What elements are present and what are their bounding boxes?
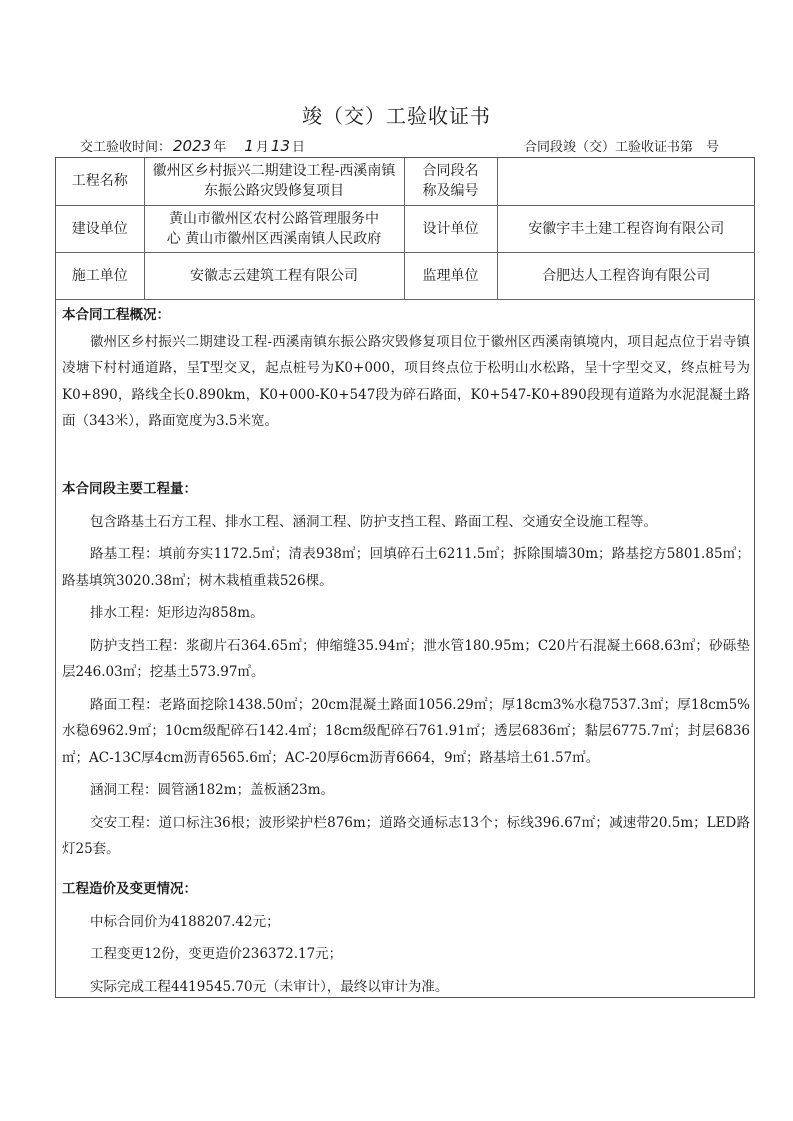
table-row: 施工单位 安徽志云建筑工程有限公司 监理单位 合肥达人工程咨询有限公司 (56, 252, 755, 299)
cost-item: 中标合同价为4188207.42元； (62, 909, 750, 936)
table-row: 建设单位 黄山市徽州区农村公路管理服务中心 黄山市徽州区西溪南镇人民政府 设计单… (56, 205, 755, 252)
quantity-item: 包含路基土石方工程、排水工程、涵洞工程、防护支挡工程、路面工程、交通安全设施工程… (62, 509, 750, 536)
value-project-name: 徽州区乡村振兴二期建设工程-西溪南镇东振公路灾毁修复项目 (144, 158, 404, 205)
label-supervisor: 监理单位 (404, 252, 497, 299)
cost-item: 工程变更12份，变更造价236372.17元； (62, 941, 750, 968)
quantities-heading: 本合同段主要工程量： (62, 476, 750, 503)
value-contractor: 安徽志云建筑工程有限公司 (144, 252, 404, 299)
month-suffix: 月 (256, 140, 269, 155)
overview-section: 本合同工程概况： 徽州区乡村振兴二期建设工程-西溪南镇东振公路灾毁修复项目位于徽… (62, 302, 750, 435)
info-table: 工程名称 徽州区乡村振兴二期建设工程-西溪南镇东振公路灾毁修复项目 合同段名称及… (56, 158, 755, 300)
label-contractor: 施工单位 (56, 252, 144, 299)
document-title: 竣（交）工验收证书 (0, 100, 793, 129)
cost-section: 工程造价及变更情况： 中标合同价为4188207.42元； 工程变更12份，变更… (62, 876, 750, 1000)
day-suffix: 日 (292, 140, 305, 155)
acceptance-time-label: 交工验收时间： (80, 140, 171, 155)
label-project-name: 工程名称 (56, 158, 144, 205)
year-suffix: 年 (213, 140, 226, 155)
acceptance-time: 交工验收时间：2023年 1月13日 (80, 136, 305, 155)
acceptance-month: 1 (244, 137, 254, 155)
acceptance-day: 13 (271, 137, 290, 155)
value-supervisor: 合肥达人工程咨询有限公司 (497, 252, 755, 299)
value-contract-section (497, 158, 755, 205)
quantity-item: 路面工程：老路面挖除1438.50㎡；20cm混凝土路面1056.29㎡；厚18… (62, 692, 750, 772)
quantity-item: 防护支挡工程：浆砌片石364.65㎥；伸缩缝35.94㎡；泄水管180.95m；… (62, 633, 750, 686)
value-owner: 黄山市徽州区农村公路管理服务中心 黄山市徽州区西溪南镇人民政府 (144, 205, 404, 252)
cost-heading: 工程造价及变更情况： (62, 876, 750, 903)
label-contract-section: 合同段名称及编号 (404, 158, 497, 205)
certificate-sheet: 工程名称 徽州区乡村振兴二期建设工程-西溪南镇东振公路灾毁修复项目 合同段名称及… (55, 157, 755, 998)
label-designer: 设计单位 (404, 205, 497, 252)
quantities-section: 本合同段主要工程量： 包含路基土石方工程、排水工程、涵洞工程、防护支挡工程、路面… (62, 476, 750, 863)
label-owner: 建设单位 (56, 205, 144, 252)
quantity-item: 交安工程：道口标注36根；波形梁护栏876m；道路交通标志13个；标线396.6… (62, 810, 750, 863)
table-row: 工程名称 徽州区乡村振兴二期建设工程-西溪南镇东振公路灾毁修复项目 合同段名称及… (56, 158, 755, 205)
overview-paragraph: 徽州区乡村振兴二期建设工程-西溪南镇东振公路灾毁修复项目位于徽州区西溪南镇境内，… (62, 329, 750, 435)
value-designer: 安徽宇丰土建工程咨询有限公司 (497, 205, 755, 252)
quantity-item: 排水工程：矩形边沟858m。 (62, 600, 750, 627)
quantity-item: 涵洞工程：圆管涵182m；盖板涵23m。 (62, 777, 750, 804)
acceptance-year: 2023 (173, 137, 211, 155)
certificate-number-label: 合同段竣（交）工验收证书第 号 (524, 136, 719, 155)
overview-heading: 本合同工程概况： (62, 302, 750, 329)
cost-item: 实际完成工程4419545.70元（未审计），最终以审计为准。 (62, 974, 750, 1001)
quantity-item: 路基工程：填前夯实1172.5㎡；清表938㎥；回填碎石土6211.5㎥；拆除围… (62, 541, 750, 594)
